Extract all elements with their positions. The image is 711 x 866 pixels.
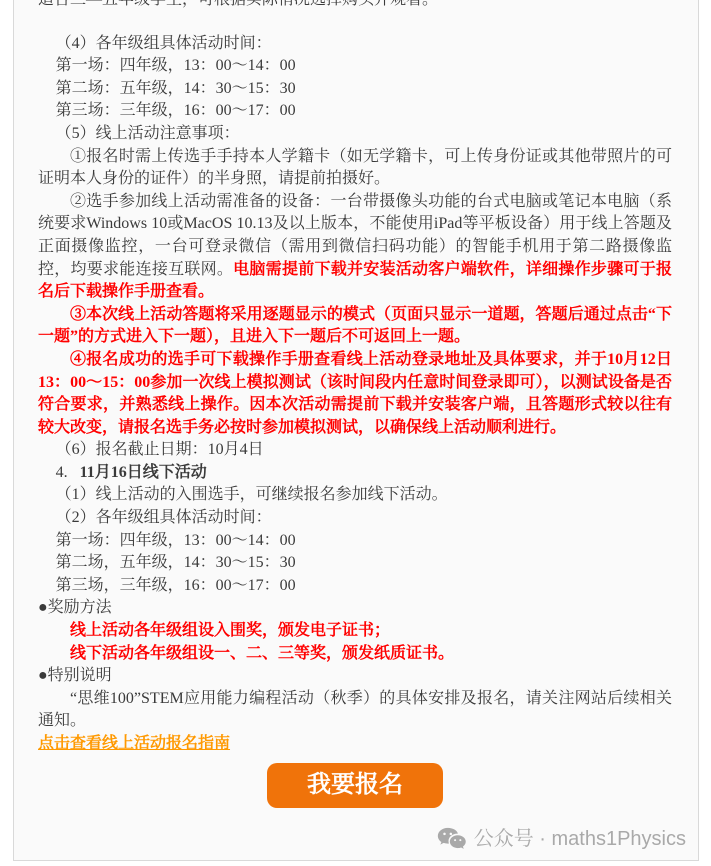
special-note-heading: ●特别说明 bbox=[38, 665, 672, 688]
awards-heading: ●奖励方法 bbox=[38, 597, 672, 620]
online-schedule-heading: （4）各年级组具体活动时间： bbox=[38, 33, 672, 56]
online-schedule-row-2: 第二场：五年级，14：30～15：30 bbox=[38, 78, 672, 101]
note-upload-photo: ①报名时需上传选手手持本人学籍卡（如无学籍卡，可上传身份证或其他带照片的可证明本… bbox=[38, 146, 672, 191]
offline-schedule-row-3: 第三场，三年级，16：00～17：00 bbox=[38, 575, 672, 598]
special-note-text: “思维100”STEM应用能力编程活动（秋季）的具体安排及报名，请关注网站后续相… bbox=[38, 688, 672, 733]
intro-cutoff-line: 适合三—五年级学生，可根据实际情况选择购买并观看。 bbox=[38, 0, 672, 12]
award-offline-line: 线下活动各年级组设一、二、三等奖，颁发纸质证书。 bbox=[38, 643, 672, 666]
notice-document: 适合三—五年级学生，可根据实际情况选择购买并观看。 （4）各年级组具体活动时间：… bbox=[13, 0, 699, 861]
offline-section-number: 4. bbox=[56, 464, 68, 481]
offline-section-title: 4.11月16日线下活动 bbox=[38, 462, 672, 485]
online-schedule-row-3: 第三场：三年级，16：00～17：00 bbox=[38, 100, 672, 123]
note-question-mode: ③本次线上活动答题将采用逐题显示的模式（页面只显示一道题，答题后通过点击“下一题… bbox=[38, 304, 672, 349]
signup-button[interactable]: 我要报名 bbox=[267, 763, 443, 808]
signup-button-row: 我要报名 bbox=[38, 763, 672, 808]
offline-schedule-row-1: 第一场：四年级，13：00～14：00 bbox=[38, 530, 672, 553]
note-equipment: ②选手参加线上活动需准备的设备：一台带摄像头功能的台式电脑或笔记本电脑（系统要求… bbox=[38, 191, 672, 304]
offline-schedule-row-2: 第二场，五年级，14：30～15：30 bbox=[38, 552, 672, 575]
online-notes-heading: （5）线上活动注意事项： bbox=[38, 123, 672, 146]
offline-schedule-heading: （2）各年级组具体活动时间： bbox=[38, 507, 672, 530]
registration-guide-link[interactable]: 点击查看线上活动报名指南 bbox=[38, 733, 230, 756]
guide-link-row: 点击查看线上活动报名指南 bbox=[38, 733, 672, 756]
award-online-line: 线上活动各年级组设入围奖，颁发电子证书； bbox=[38, 620, 672, 643]
wechat-watermark: 公众号 · maths1Physics bbox=[437, 827, 686, 852]
wechat-icon bbox=[437, 827, 467, 852]
registration-deadline: （6）报名截止日期：10月4日 bbox=[38, 439, 672, 462]
wechat-account-name: 公众号 · maths1Physics bbox=[474, 828, 686, 851]
online-schedule-row-1: 第一场：四年级，13：00～14：00 bbox=[38, 55, 672, 78]
offline-item-finalists: （1）线上活动的入围选手，可继续报名参加线下活动。 bbox=[38, 484, 672, 507]
offline-section-title-text: 11月16日线下活动 bbox=[80, 464, 207, 481]
note-mock-test: ④报名成功的选手可下载操作手册查看线上活动登录地址及具体要求，并于10月12日1… bbox=[38, 349, 672, 439]
